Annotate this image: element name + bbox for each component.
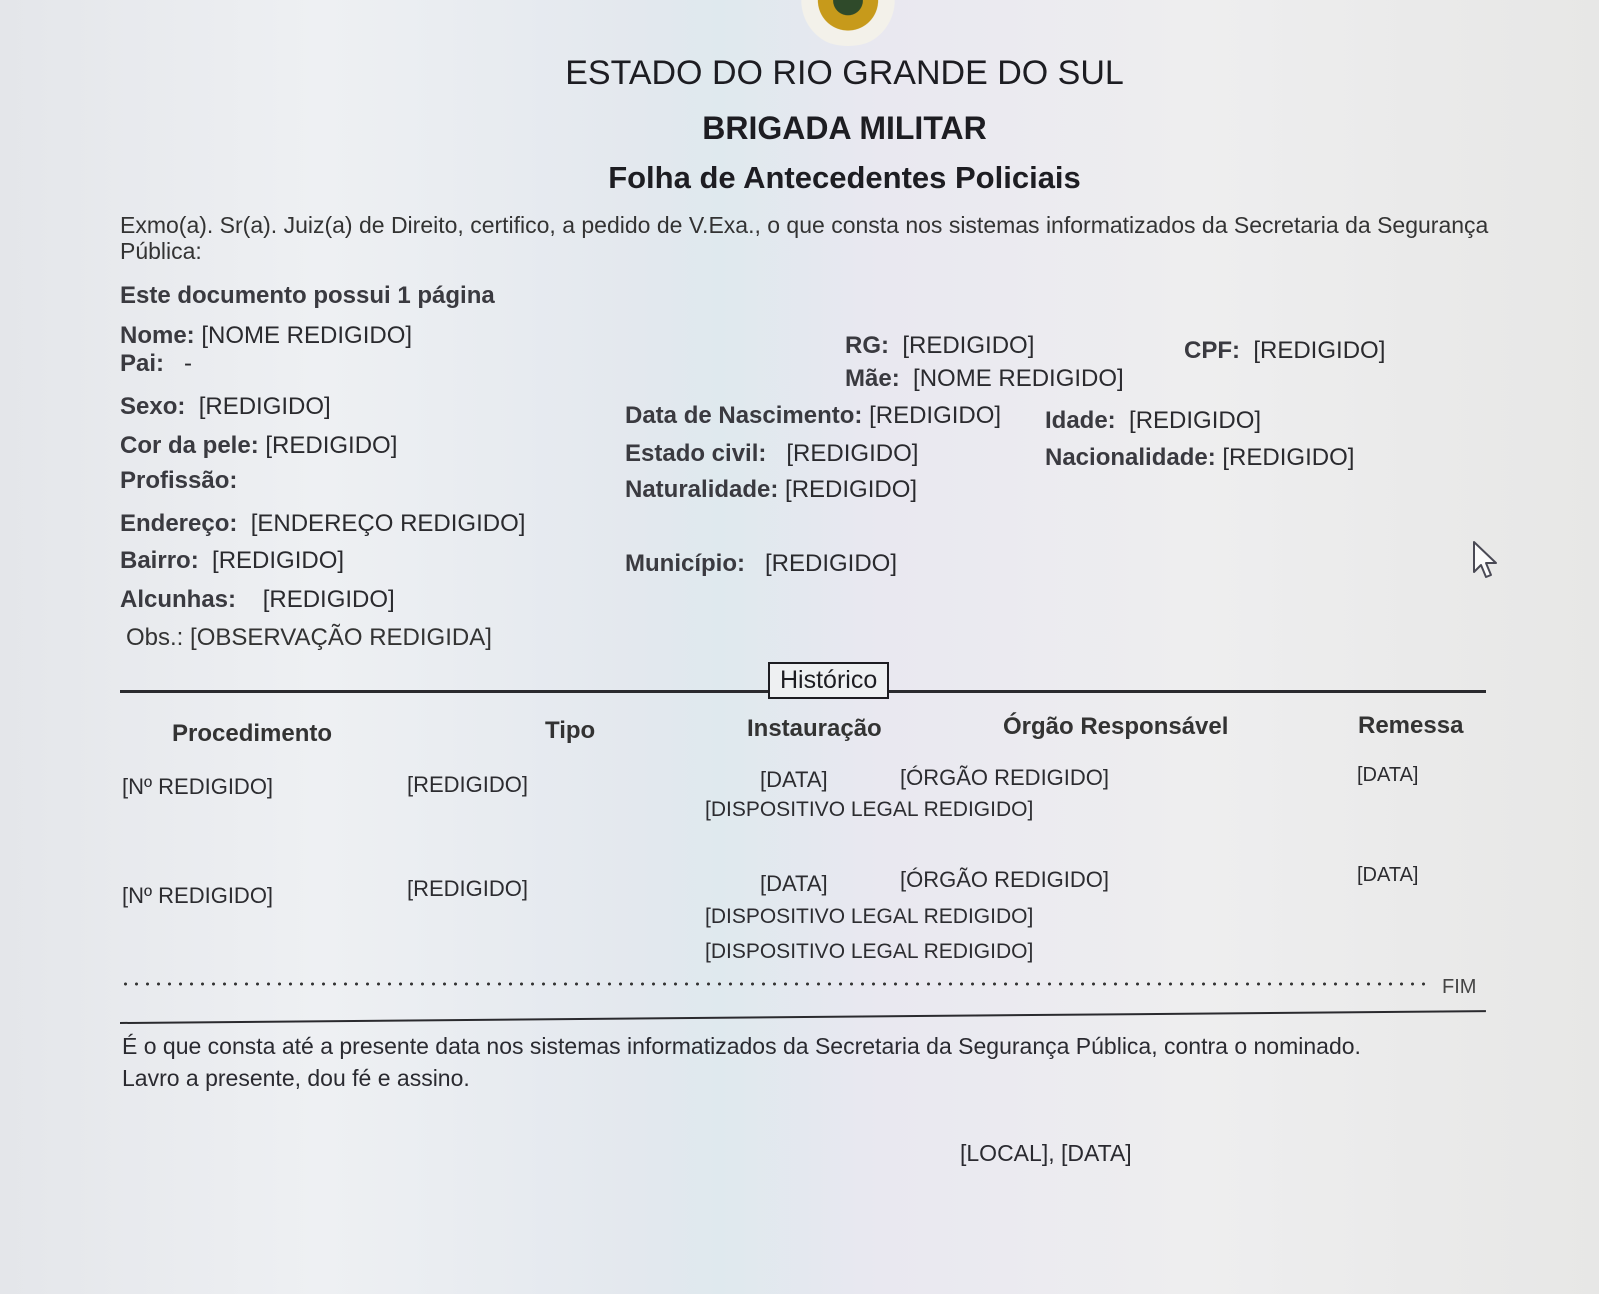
name-value: [NOME REDIGIDO]: [201, 322, 412, 349]
field-dob: Data de Nascimento: [REDIGIDO]: [625, 402, 1001, 430]
row-1-legal-1: [DISPOSITIVO LEGAL REDIGIDO]: [705, 798, 1033, 822]
row-1-organ: [ÓRGÃO REDIGIDO]: [900, 765, 1109, 791]
field-address: Endereço: [ENDEREÇO REDIGIDO]: [120, 510, 525, 538]
end-marker: FIM: [1442, 976, 1476, 999]
page-count-note: Este documento possui 1 página: [120, 282, 495, 310]
state-heading: ESTADO DO RIO GRANDE DO SUL: [0, 54, 1599, 93]
row-1-procedure: [Nº REDIGIDO]: [122, 774, 273, 800]
row-2-procedure: [Nº REDIGIDO]: [122, 883, 273, 909]
row-2-legal-1: [DISPOSITIVO LEGAL REDIGIDO]: [705, 905, 1033, 929]
field-rg: RG: [REDIGIDO]: [845, 332, 1034, 360]
field-nationality: Nacionalidade: [REDIGIDO]: [1045, 444, 1354, 472]
row-1-sent: [DATA]: [1357, 764, 1418, 787]
field-birthplace: Naturalidade: [REDIGIDO]: [625, 476, 917, 504]
col-start-date: Instauração: [747, 715, 882, 743]
place-and-date: [LOCAL], [DATA]: [960, 1140, 1132, 1167]
row-2-sent: [DATA]: [1357, 864, 1418, 887]
field-sex: Sexo: [REDIGIDO]: [120, 393, 331, 421]
field-city: Município: [REDIGIDO]: [625, 550, 897, 578]
history-tab-label: Histórico: [768, 662, 889, 699]
row-1-start: [DATA]: [760, 767, 828, 793]
state-coat-of-arms-icon: [800, 0, 896, 46]
col-type: Tipo: [545, 717, 595, 745]
field-father: Pai: -: [120, 350, 192, 378]
col-responsible-organ: Órgão Responsável: [1003, 713, 1228, 741]
end-dotted-line: [120, 982, 1430, 986]
field-mother: Mãe: [NOME REDIGIDO]: [845, 365, 1124, 393]
field-district: Bairro: [REDIGIDO]: [120, 547, 344, 575]
document-title: Folha de Antecedentes Policiais: [0, 160, 1599, 196]
field-name: Nome: [NOME REDIGIDO]: [120, 322, 412, 350]
closing-line-2: Lavro a presente, dou fé e assino.: [122, 1062, 1472, 1094]
row-2-start: [DATA]: [760, 871, 828, 897]
col-procedure: Procedimento: [172, 720, 332, 748]
observation-note: Obs.: [OBSERVAÇÃO REDIGIDA]: [126, 624, 492, 652]
col-sent-date: Remessa: [1358, 712, 1463, 740]
row-2-organ: [ÓRGÃO REDIGIDO]: [900, 867, 1109, 893]
field-alias: Alcunhas: [REDIGIDO]: [120, 586, 395, 614]
field-profession: Profissão:: [120, 467, 237, 495]
closing-line-1: É o que consta até a presente data nos s…: [122, 1030, 1472, 1062]
row-2-type: [REDIGIDO]: [407, 876, 528, 902]
field-civil-status: Estado civil: [REDIGIDO]: [625, 440, 918, 468]
closing-statement: É o que consta até a presente data nos s…: [122, 1030, 1472, 1094]
field-cpf: CPF: [REDIGIDO]: [1184, 337, 1385, 365]
row-2-legal-2: [DISPOSITIVO LEGAL REDIGIDO]: [705, 940, 1033, 964]
field-age: Idade: [REDIGIDO]: [1045, 407, 1261, 435]
agency-heading: BRIGADA MILITAR: [0, 110, 1599, 147]
mouse-pointer-icon: [1472, 540, 1500, 582]
row-1-type: [REDIGIDO]: [407, 772, 528, 798]
field-skin: Cor da pele: [REDIGIDO]: [120, 432, 397, 460]
intro-paragraph: Exmo(a). Sr(a). Juiz(a) de Direito, cert…: [120, 212, 1490, 264]
footer-divider: [120, 1010, 1486, 1024]
